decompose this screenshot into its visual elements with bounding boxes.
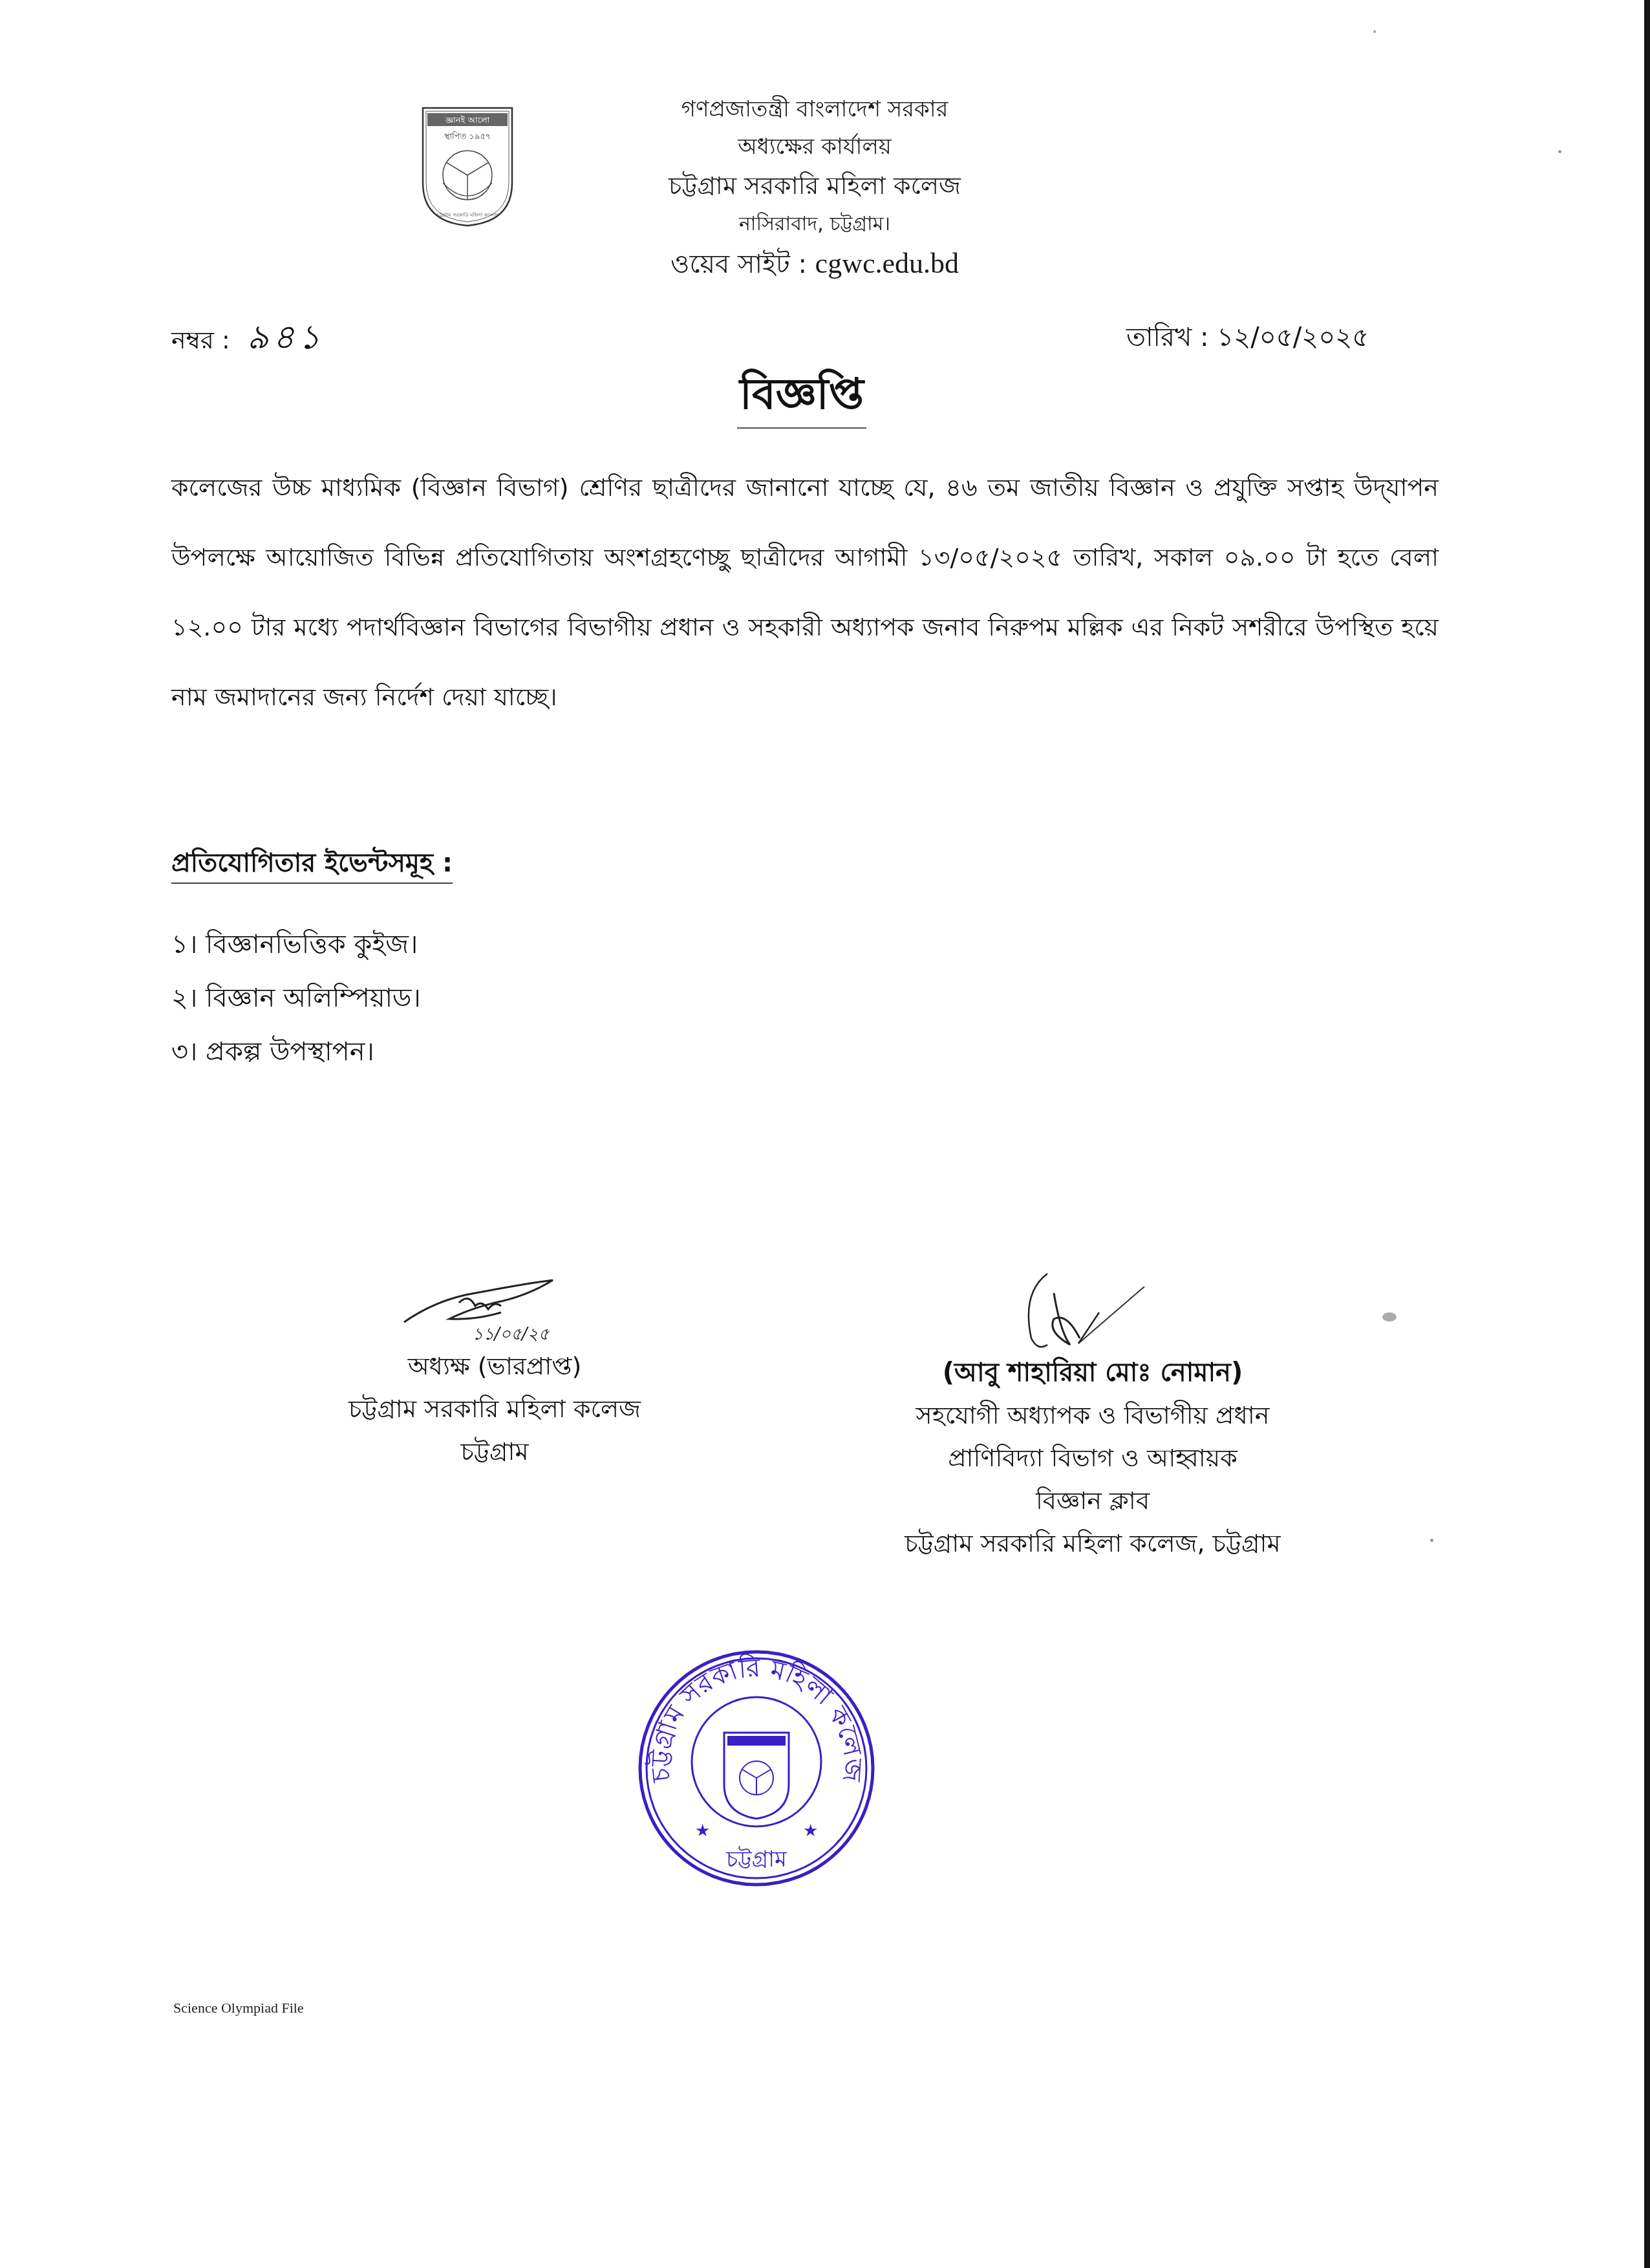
convener-designation: সহযোগী অধ্যাপক ও বিভাগীয় প্রধান [847,1394,1338,1437]
convener-club: বিজ্ঞান ক্লাব [847,1479,1338,1522]
signature-convener-icon [1009,1267,1177,1351]
principal-institution: চট্টগ্রাম সরকারি মহিলা কলেজ [255,1387,734,1430]
stamp-bottom-text: চট্টগ্রাম [725,1846,787,1872]
college-logo-icon: জ্ঞানই আলো স্থাপিত ১৯৫৭ চট্টগ্রাম সরকারি… [419,105,516,228]
principal-designation: অধ্যক্ষ (ভারপ্রাপ্ত) [255,1345,734,1387]
svg-text:★: ★ [695,1821,710,1841]
official-seal-icon: চট্টগ্রাম সরকারি মহিলা কলেজ চট্টগ্রাম ★ … [627,1639,886,1898]
scan-speck [1382,1312,1397,1321]
events-list: ১। বিজ্ঞানভিত্তিক কুইজ। ২। বিজ্ঞান অলিম্… [171,918,421,1079]
date-label: তারিখ : [1126,323,1209,352]
logo-banner-text: জ্ঞানই আলো [445,115,490,125]
letterhead: গণপ্রজাতন্ত্রী বাংলাদেশ সরকার অধ্যক্ষের … [582,91,1047,285]
event-item: ৩। প্রকল্প উপস্থাপন। [171,1025,421,1079]
principal-city: চট্টগ্রাম [255,1430,734,1473]
scan-speck [1430,1539,1433,1542]
events-heading: প্রতিযোগিতার ইভেন্টসমূহ : [171,844,453,884]
signed-date: ১১/০৫/২৫ [473,1325,550,1344]
website-link[interactable]: cgwc.edu.bd [815,248,959,279]
file-note: Science Olympiad File [173,2000,304,2017]
scan-edge [1644,0,1650,2268]
convener-name: (আবু শাহারিয়া মোঃ নোমান) [847,1351,1338,1394]
svg-text:চট্টগ্রাম সরকারি মহিলা কলেজ: চট্টগ্রাম সরকারি মহিলা কলেজ [644,1653,867,1784]
event-item: ২। বিজ্ঞান অলিম্পিয়াড। [171,972,421,1025]
college-address: নাসিরাবাদ, চট্টগ্রাম। [582,206,1047,243]
date-value: ১২/০৫/২০২৫ [1217,323,1369,352]
signatory-principal: ১১/০৫/২৫ অধ্যক্ষ (ভারপ্রাপ্ত) চট্টগ্রাম … [255,1274,734,1473]
reference-number: নম্বর : ৯৪১ [171,318,324,359]
svg-text:★: ★ [803,1821,818,1841]
notice-title: বিজ্ঞপ্তি [737,365,866,429]
scan-speck [1558,150,1561,153]
reference-label: নম্বর : [171,326,230,354]
convener-department: প্রাণিবিদ্যা বিভাগ ও আহ্বায়ক [847,1437,1338,1479]
website-label: ওয়েব সাইট : [670,250,807,279]
stamp-ring-text: চট্টগ্রাম সরকারি মহিলা কলেজ [644,1653,867,1784]
government-line: গণপ্রজাতন্ত্রী বাংলাদেশ সরকার [582,91,1047,128]
convener-institution: চট্টগ্রাম সরকারি মহিলা কলেজ, চট্টগ্রাম [847,1522,1338,1565]
office-line: অধ্যক্ষের কার্যালয় [582,128,1047,166]
website-line: ওয়েব সাইট : cgwc.edu.bd [582,243,1047,285]
logo-established-text: স্থাপিত ১৯৫৭ [444,131,491,142]
event-item: ১। বিজ্ঞানভিত্তিক কুইজ। [171,918,421,972]
signature-principal-icon: ১১/০৫/২৫ [398,1274,592,1345]
signatory-convener: (আবু শাহারিয়া মোঃ নোমান) সহযোগী অধ্যাপক… [847,1267,1338,1565]
scan-speck [1373,30,1376,33]
college-name: চট্টগ্রাম সরকারি মহিলা কলেজ [582,166,1047,206]
document-page: জ্ঞানই আলো স্থাপিত ১৯৫৭ চট্টগ্রাম সরকারি… [0,0,1644,2268]
reference-value: ৯৪১ [247,318,324,357]
notice-date: তারিখ : ১২/০৫/২০২৫ [1126,318,1369,357]
notice-body: কলেজের উচ্চ মাধ্যমিক (বিজ্ঞান বিভাগ) শ্র… [171,453,1439,732]
logo-ring-text: চট্টগ্রাম সরকারি মহিলা কলেজ [436,212,498,218]
